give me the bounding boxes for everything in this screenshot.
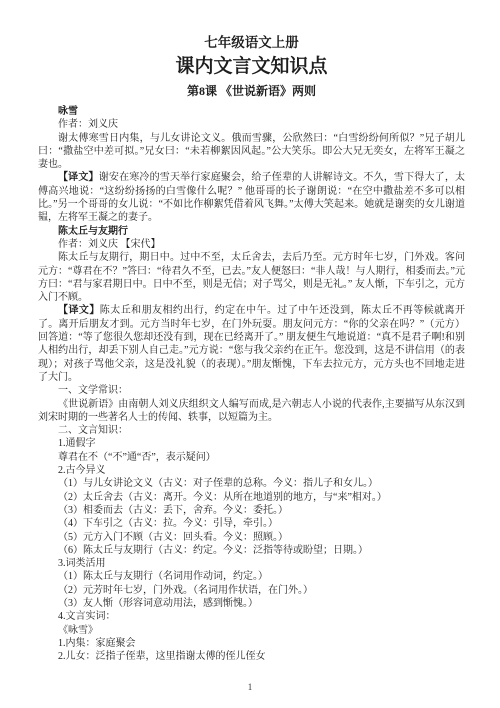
passage-heading: 咏雪 bbox=[38, 105, 465, 118]
paragraph: 二、文言知识： bbox=[38, 424, 465, 437]
paragraph: （2）太丘舍去（古义：离开。今义：从所在地道别的地方，与“来”相对。） bbox=[38, 491, 465, 504]
paragraph: 2.儿女：泛指子侄辈，这里指谢太傅的侄儿侄女 bbox=[38, 650, 465, 663]
paragraph: （4）下车引之（古义：拉。今义：引导，牵引。） bbox=[38, 517, 465, 530]
translation-paragraph: 【译文】谢安在寒冷的雪天举行家庭聚会，给子侄辈的人讲解诗文。不久，雪下得大了，太… bbox=[38, 171, 465, 224]
passage-heading: 陈太丘与友期行 bbox=[38, 225, 465, 238]
paragraph: （3）相委而去（古义：丢下，舍弃。今义：委托。） bbox=[38, 504, 465, 517]
paragraph: 2.古今异义 bbox=[38, 464, 465, 477]
paragraph: 陈太丘与友期行，期日中。过中不至，太丘舍去，去后乃至。元方时年七岁，门外戏。客问… bbox=[38, 251, 465, 304]
paragraph: 谢太傅寒雪日内集，与儿女讲论文义。俄而雪骤，公欣然曰：“白雪纷纷何所似？”兄子胡… bbox=[38, 132, 465, 172]
paragraph: 3.词类活用 bbox=[38, 557, 465, 570]
document-body: 咏雪作者：刘义庆谢太傅寒雪日内集，与儿女讲论文义。俄而雪骤，公欣然曰：“白雪纷纷… bbox=[38, 105, 465, 663]
paragraph: 作者：刘义庆 【宋代】 bbox=[38, 238, 465, 251]
translation-label: 【译文】 bbox=[58, 172, 99, 183]
paragraph: （1）与儿女讲论文义（古义：对子侄辈的总称。今义：指儿子和女儿。） bbox=[38, 477, 465, 490]
lesson-title: 第8课 《世说新语》两则 bbox=[38, 83, 465, 100]
translation-text: 陈太丘和朋友相约出行，约定在中午。过了中午还没到，陈太丘不再等候就离开了。离开后… bbox=[38, 305, 465, 382]
paragraph: 尊君在不（“不”通“否”，表示疑问） bbox=[38, 451, 465, 464]
book-title: 七年级语文上册 bbox=[38, 34, 465, 51]
paragraph: （1）陈太丘与友期行（名词用作动词，约定。） bbox=[38, 570, 465, 583]
translation-paragraph: 【译文】陈太丘和朋友相约出行，约定在中午。过了中午还没到，陈太丘不再等候就离开了… bbox=[38, 304, 465, 384]
paragraph: 4.文言实词： bbox=[38, 610, 465, 623]
paragraph: 1.内集：家庭聚会 bbox=[38, 637, 465, 650]
document-page: 七年级语文上册 课内文言文知识点 第8课 《世说新语》两则 咏雪作者：刘义庆谢太… bbox=[0, 0, 500, 708]
paragraph: （2）元芳时年七岁，门外戏。（名词用作状语，在门外。） bbox=[38, 584, 465, 597]
paragraph: 1.通假字 bbox=[38, 437, 465, 450]
translation-label: 【译文】 bbox=[58, 305, 100, 316]
paragraph: 作者：刘义庆 bbox=[38, 118, 465, 131]
paragraph: 一、文学常识： bbox=[38, 384, 465, 397]
paragraph: 《咏雪》 bbox=[38, 624, 465, 637]
paragraph: （3）友人惭（形容词意动用法，感到惭愧。） bbox=[38, 597, 465, 610]
translation-text: 谢安在寒冷的雪天举行家庭聚会，给子侄辈的人讲解诗文。不久，雪下得大了，太傅高兴地… bbox=[38, 172, 465, 223]
page-title: 课内文言文知识点 bbox=[38, 54, 465, 80]
page-number: 1 bbox=[0, 682, 500, 692]
paragraph: （5）元方入门不顾（古义：回头看。今义：照顾。） bbox=[38, 531, 465, 544]
paragraph: 《世说新语》由南朝人刘义庆组织文人编写而成,是六朝志人小说的代表作,主要描写从东… bbox=[38, 398, 465, 425]
paragraph: （6）陈太丘与友期行（古义：约定。今义：泛指等待或盼望；日期。） bbox=[38, 544, 465, 557]
